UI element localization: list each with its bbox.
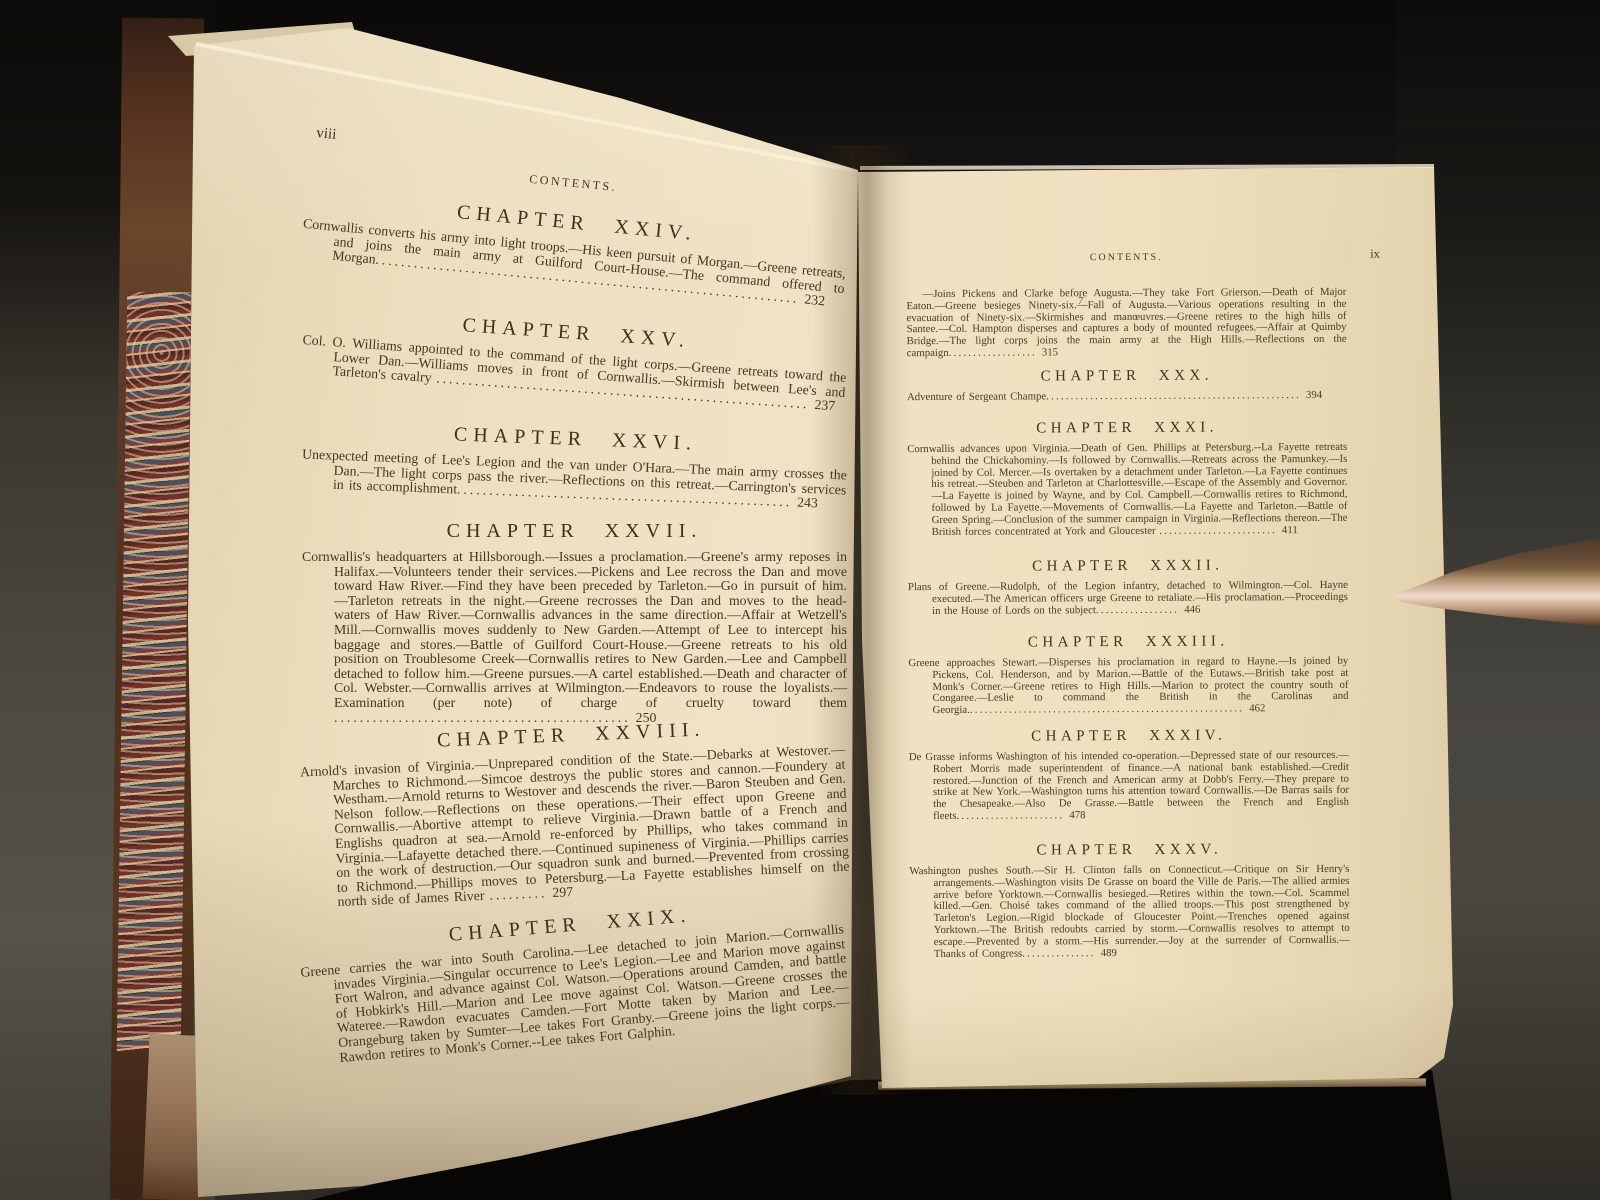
chapter-heading: CHAPTER XXXII. <box>908 557 1348 576</box>
book-photo: viii CONTENTS. 7 CHAPTER XXIV. Cornwalli… <box>0 0 1600 1200</box>
chapter-summary: Greene approaches Stewart.—Disperses his… <box>908 656 1348 717</box>
chapter-entry: CHAPTER XXXI. Cornwallis advances upon V… <box>907 419 1348 539</box>
continuation-entry: —Joins Pickens and Clarke before Augusta… <box>906 287 1346 360</box>
chapter-summary: Cornwallis advances upon Virginia.—Death… <box>907 442 1347 539</box>
leader-dots: ........................................… <box>970 703 1244 716</box>
chapter-summary: De Grasse informs Washington of his inte… <box>909 750 1349 823</box>
chapter-heading: CHAPTER XXXIV. <box>909 727 1349 746</box>
chapter-entry: CHAPTER XXX. Adventure of Sergeant Champ… <box>907 367 1347 404</box>
chapter-entry: CHAPTER XXXIII. Greene approaches Stewar… <box>908 633 1348 717</box>
chapter-summary: Washington pushes South.—Sir H. Clinton … <box>909 864 1349 961</box>
folio-number: ix <box>1370 247 1380 262</box>
right-page-text: CONTENTS. ix —Joins Pickens and Clarke b… <box>0 0 1600 1200</box>
chapter-entry: CHAPTER XXXII. Plans of Greene.—Rudolph,… <box>908 557 1348 618</box>
contents-header: CONTENTS. <box>906 251 1346 264</box>
chapter-summary: Adventure of Sergeant Champe............… <box>907 390 1347 404</box>
summary-text: Cornwallis advances upon Virginia.—Death… <box>907 441 1347 538</box>
leader-dots: ........................................… <box>1046 389 1301 402</box>
summary-text: Adventure of Sergeant Champe <box>907 390 1046 403</box>
chapter-summary: Plans of Greene.—Rudolph, of the Legion … <box>908 580 1348 618</box>
chapter-heading: CHAPTER XXXV. <box>909 841 1349 860</box>
leader-dots: ................. <box>1096 603 1179 615</box>
page-number: 478 <box>1064 809 1085 821</box>
page-number: 315 <box>1037 346 1058 358</box>
page-number: 446 <box>1179 603 1200 615</box>
leader-dots: ...................... <box>956 809 1064 822</box>
leader-dots: .................. <box>949 346 1037 358</box>
chapter-heading: CHAPTER XXXI. <box>907 419 1347 438</box>
page-number: 394 <box>1301 389 1322 401</box>
leader-dots: ........................ <box>1159 524 1277 537</box>
chapter-heading: CHAPTER XXXIII. <box>908 633 1348 652</box>
chapter-entry: CHAPTER XXXIV. De Grasse informs Washing… <box>909 727 1349 823</box>
leader-dots: ............... <box>1022 947 1096 959</box>
page-number: 411 <box>1277 524 1298 536</box>
page-number: 489 <box>1096 947 1117 959</box>
chapter-heading: CHAPTER XXX. <box>907 367 1347 386</box>
chapter-entry: CHAPTER XXXV. Washington pushes South.—S… <box>909 841 1350 961</box>
summary-text: Washington pushes South.—Sir H. Clinton … <box>909 863 1349 960</box>
chapter-summary: —Joins Pickens and Clarke before Augusta… <box>906 287 1346 360</box>
page-number: 462 <box>1244 702 1265 714</box>
